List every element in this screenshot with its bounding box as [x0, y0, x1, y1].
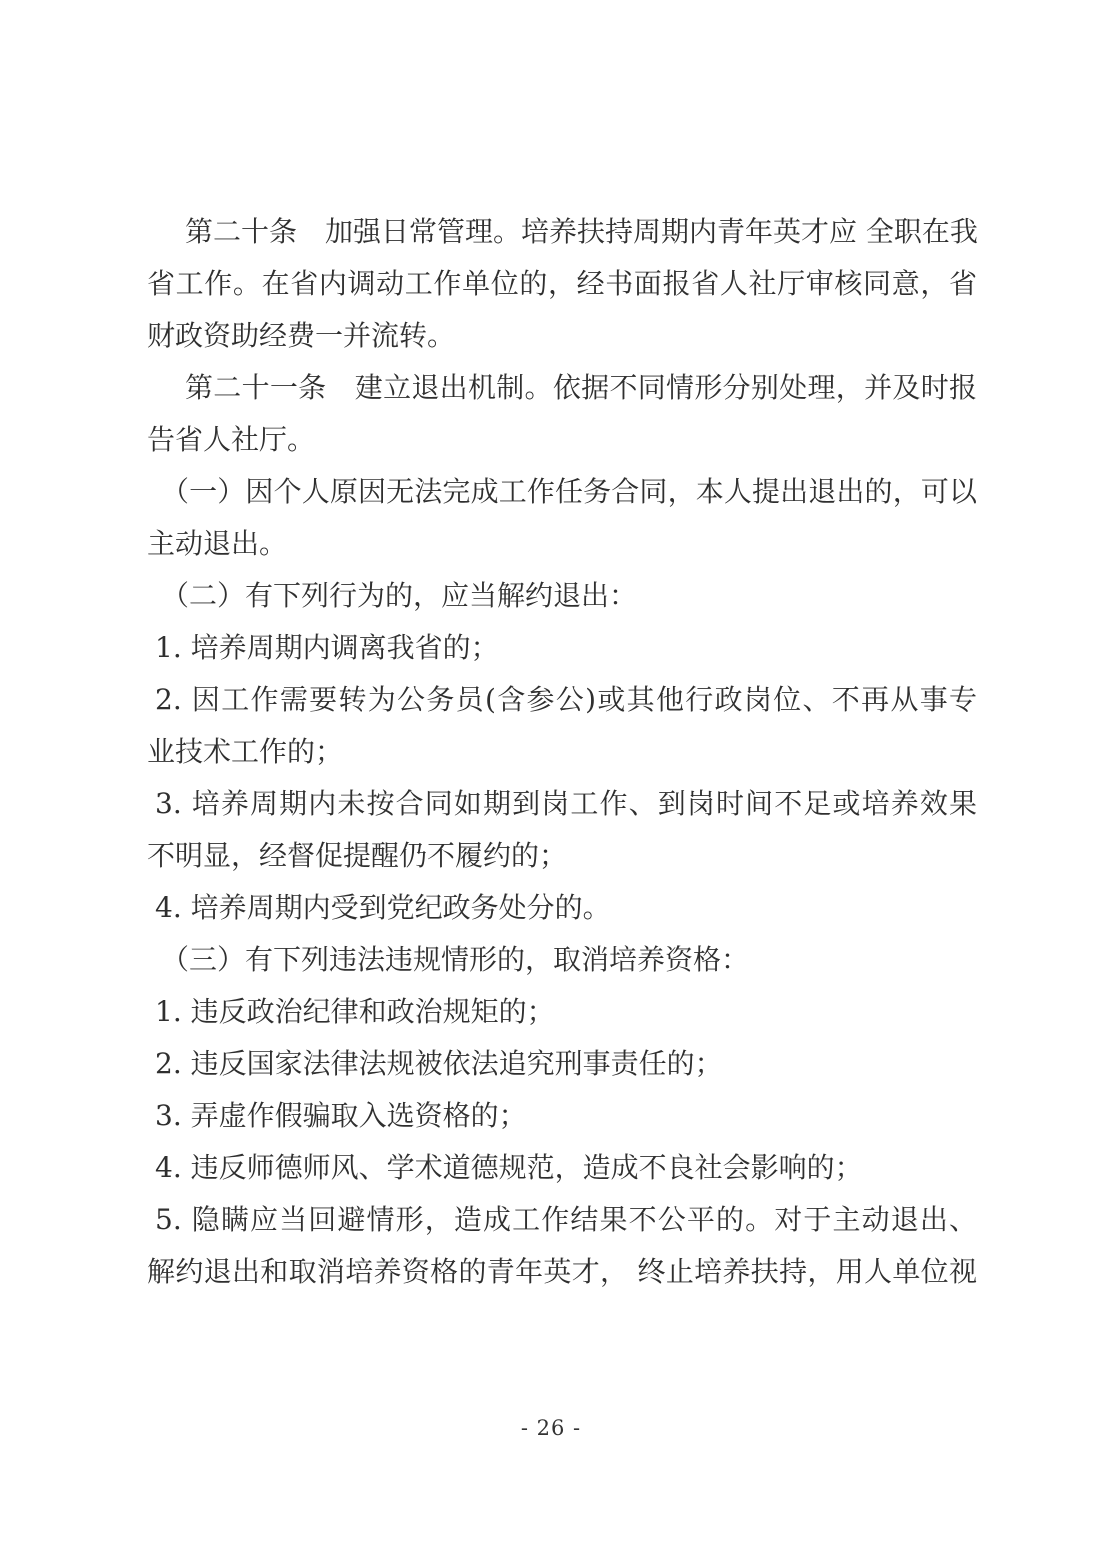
text-line: 省工作。在省内调动工作单位的，经书面报省人社厅审核同意，省 [147, 258, 977, 310]
document-page: 第二十条 加强日常管理。培养扶持周期内青年英才应 全职在我 省工作。在省内调动工… [0, 0, 1102, 1559]
text-line: 不明显，经督促提醒仍不履约的； [147, 830, 977, 882]
paragraph-clause-3-item-4: 4. 违反师德师风、学术道德规范，造成不良社会影响的； [147, 1142, 977, 1194]
paragraph-clause-3-item-1: 1. 违反政治纪律和政治规矩的； [147, 986, 977, 1038]
paragraph-article-21: 第二十一条 建立退出机制。依据不同情形分别处理，并及时报 告省人社厅。 [147, 362, 977, 466]
paragraph-article-20: 第二十条 加强日常管理。培养扶持周期内青年英才应 全职在我 省工作。在省内调动工… [147, 206, 977, 362]
text-line: 解约退出和取消培养资格的青年英才， 终止培养扶持，用人单位视 [147, 1246, 977, 1298]
text-line: （二）有下列行为的，应当解约退出： [147, 570, 977, 622]
text-line: （三）有下列违法违规情形的，取消培养资格： [147, 934, 977, 986]
paragraph-clause-2-item-2: 2. 因工作需要转为公务员(含参公)或其他行政岗位、不再从事专 业技术工作的； [147, 674, 977, 778]
text-line: 第二十条 加强日常管理。培养扶持周期内青年英才应 全职在我 [147, 206, 977, 258]
paragraph-clause-3-item-2: 2. 违反国家法律法规被依法追究刑事责任的； [147, 1038, 977, 1090]
paragraph-clause-2-item-3: 3. 培养周期内未按合同如期到岗工作、到岗时间不足或培养效果 不明显，经督促提醒… [147, 778, 977, 882]
page-number: - 26 - [0, 1416, 1102, 1440]
text-line: 主动退出。 [147, 518, 977, 570]
text-line: 4. 违反师德师风、学术道德规范，造成不良社会影响的； [147, 1142, 977, 1194]
text-line: 业技术工作的； [147, 726, 977, 778]
text-line: 1. 违反政治纪律和政治规矩的； [147, 986, 977, 1038]
text-line: （一）因个人原因无法完成工作任务合同，本人提出退出的，可以 [147, 466, 977, 518]
text-line: 2. 因工作需要转为公务员(含参公)或其他行政岗位、不再从事专 [147, 674, 977, 726]
text-line: 4. 培养周期内受到党纪政务处分的。 [147, 882, 977, 934]
paragraph-clause-2-item-1: 1. 培养周期内调离我省的； [147, 622, 977, 674]
text-line: 3. 弄虚作假骗取入选资格的； [147, 1090, 977, 1142]
paragraph-clause-1: （一）因个人原因无法完成工作任务合同，本人提出退出的，可以 主动退出。 [147, 466, 977, 570]
text-line: 财政资助经费一并流转。 [147, 310, 977, 362]
text-line: 5. 隐瞒应当回避情形，造成工作结果不公平的。对于主动退出、 [147, 1194, 977, 1246]
document-body: 第二十条 加强日常管理。培养扶持周期内青年英才应 全职在我 省工作。在省内调动工… [147, 206, 977, 1298]
text-line: 第二十一条 建立退出机制。依据不同情形分别处理，并及时报 [147, 362, 977, 414]
paragraph-clause-2-item-4: 4. 培养周期内受到党纪政务处分的。 [147, 882, 977, 934]
text-line: 告省人社厅。 [147, 414, 977, 466]
text-line: 2. 违反国家法律法规被依法追究刑事责任的； [147, 1038, 977, 1090]
text-line: 1. 培养周期内调离我省的； [147, 622, 977, 674]
paragraph-clause-3-item-5: 5. 隐瞒应当回避情形，造成工作结果不公平的。对于主动退出、 解约退出和取消培养… [147, 1194, 977, 1298]
paragraph-clause-2: （二）有下列行为的，应当解约退出： [147, 570, 977, 622]
text-line: 3. 培养周期内未按合同如期到岗工作、到岗时间不足或培养效果 [147, 778, 977, 830]
paragraph-clause-3-item-3: 3. 弄虚作假骗取入选资格的； [147, 1090, 977, 1142]
paragraph-clause-3: （三）有下列违法违规情形的，取消培养资格： [147, 934, 977, 986]
